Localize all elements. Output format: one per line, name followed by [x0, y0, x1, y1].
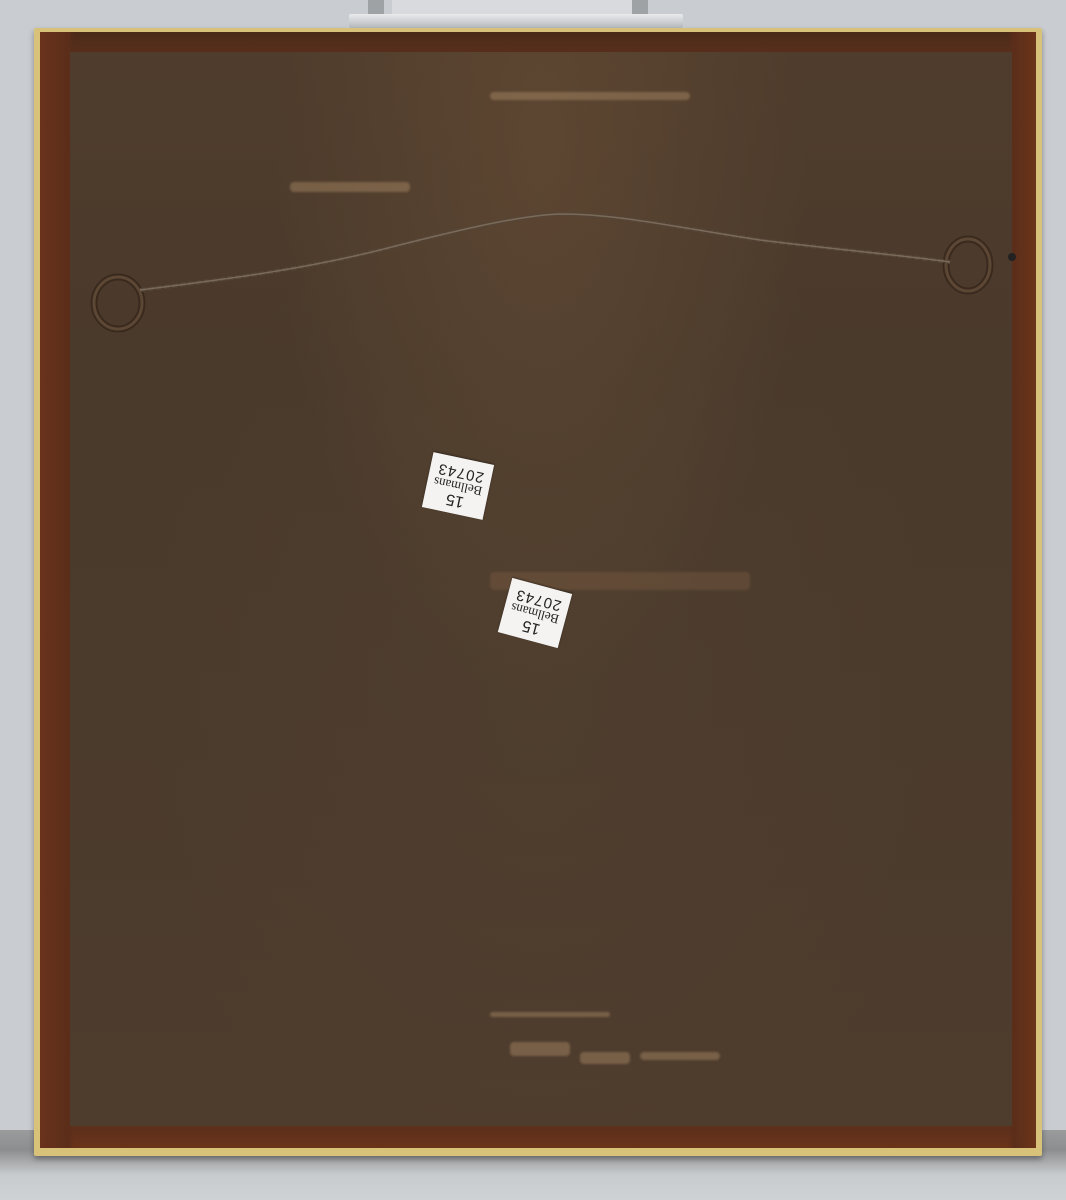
twisted-wire-icon — [140, 214, 950, 290]
iron-ring-right-icon — [946, 239, 1016, 291]
iron-ring-left-icon — [94, 277, 142, 329]
